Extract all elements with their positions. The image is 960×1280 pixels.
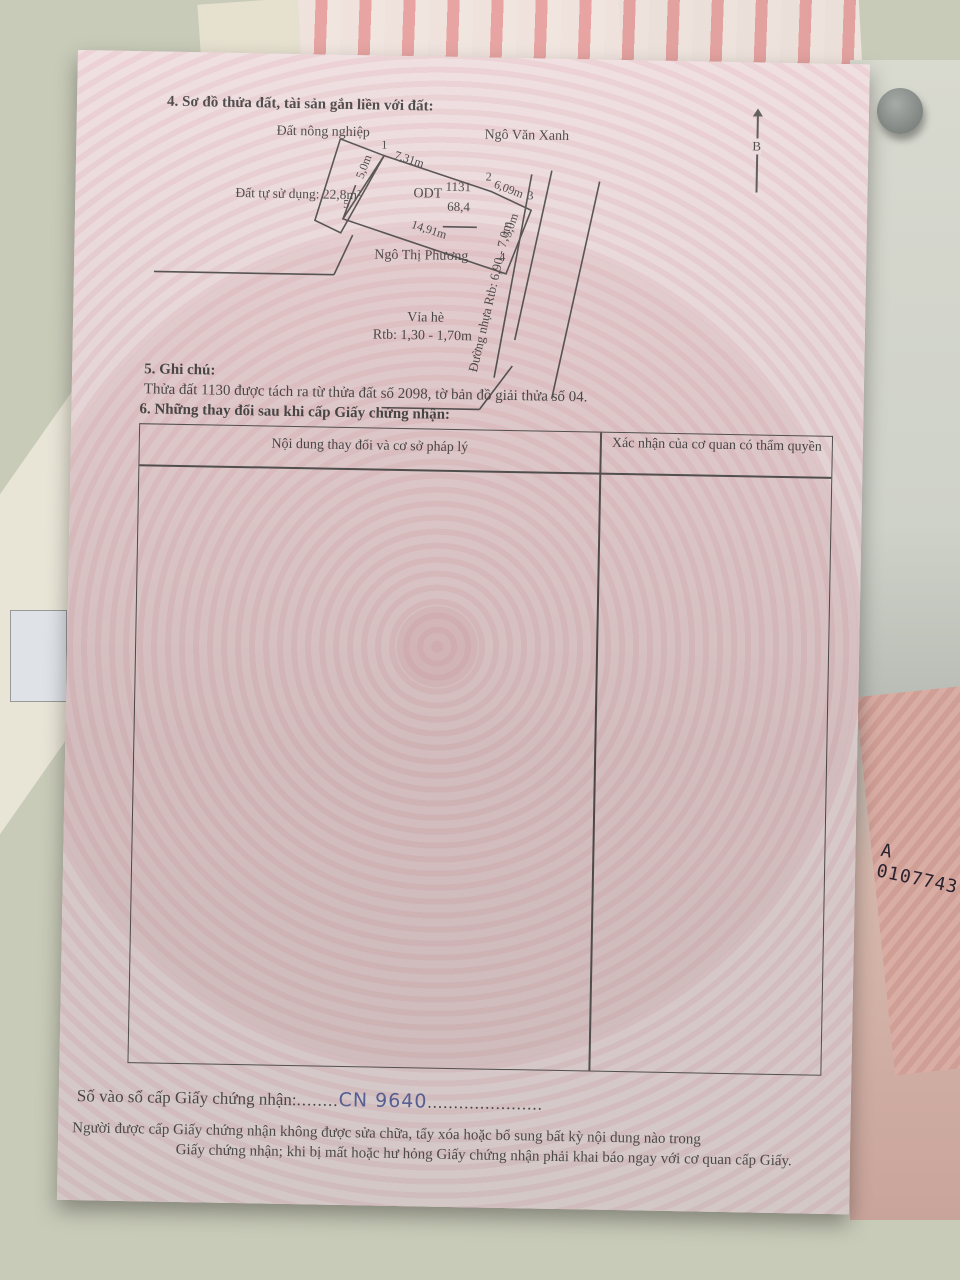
column-header-authority-confirmation: Xác nhận của cơ quan có thẩm quyền xyxy=(602,435,832,457)
registration-number: CN 9640 xyxy=(338,1089,427,1113)
label-sidewalk-width: Rtb: 1,30 - 1,70m xyxy=(373,327,472,345)
registration-line: Số vào sổ cấp Giấy chứng nhận:........CN… xyxy=(77,1084,543,1115)
registration-label: Số vào sổ cấp Giấy chứng nhận: xyxy=(77,1086,297,1109)
column-header-change-content: Nội dung thay đổi và cơ sở pháp lý xyxy=(140,434,600,458)
section4-title: 4. Sơ đồ thửa đất, tài sản gắn liền với … xyxy=(167,94,434,116)
label-neighbor-north: Ngô Văn Xanh xyxy=(484,127,569,145)
column-divider xyxy=(588,433,601,1071)
parcel-area: 68,4 xyxy=(447,199,470,215)
point-5: 5 xyxy=(343,197,349,212)
north-label: B xyxy=(752,138,761,154)
header-divider xyxy=(139,464,831,478)
parcel-number: 1131 xyxy=(445,179,471,195)
land-type-code: ODT xyxy=(413,186,442,203)
point-3: 3 xyxy=(527,188,533,203)
section5-title: 5. Ghi chú: xyxy=(144,361,216,379)
label-neighbor-south: Ngô Thị Phương xyxy=(374,247,468,265)
registration-leader-dots: ........ xyxy=(296,1090,338,1110)
label-self-use-land: Đất tự sử dụng: 22,8m² xyxy=(235,185,361,203)
legal-notice: Người được cấp Giấy chứng nhận không đượ… xyxy=(72,1118,793,1171)
certificate-page: 4. Sơ đồ thửa đất, tài sản gắn liền với … xyxy=(57,50,870,1214)
label-agricultural-land: Đất nông nghiệp xyxy=(276,124,370,142)
point-2: 2 xyxy=(486,169,492,184)
background-left-window xyxy=(10,610,67,702)
pushpin-icon xyxy=(877,88,923,134)
point-1: 1 xyxy=(381,138,387,153)
section6-title: 6. Những thay đổi sau khi cấp Giấy chứng… xyxy=(139,401,450,424)
label-sidewalk: Vỉa hè xyxy=(407,310,444,327)
changes-table: Nội dung thay đổi và cơ sở pháp lý Xác n… xyxy=(127,423,833,1076)
registration-trailer-dots: ...................... xyxy=(427,1093,543,1114)
